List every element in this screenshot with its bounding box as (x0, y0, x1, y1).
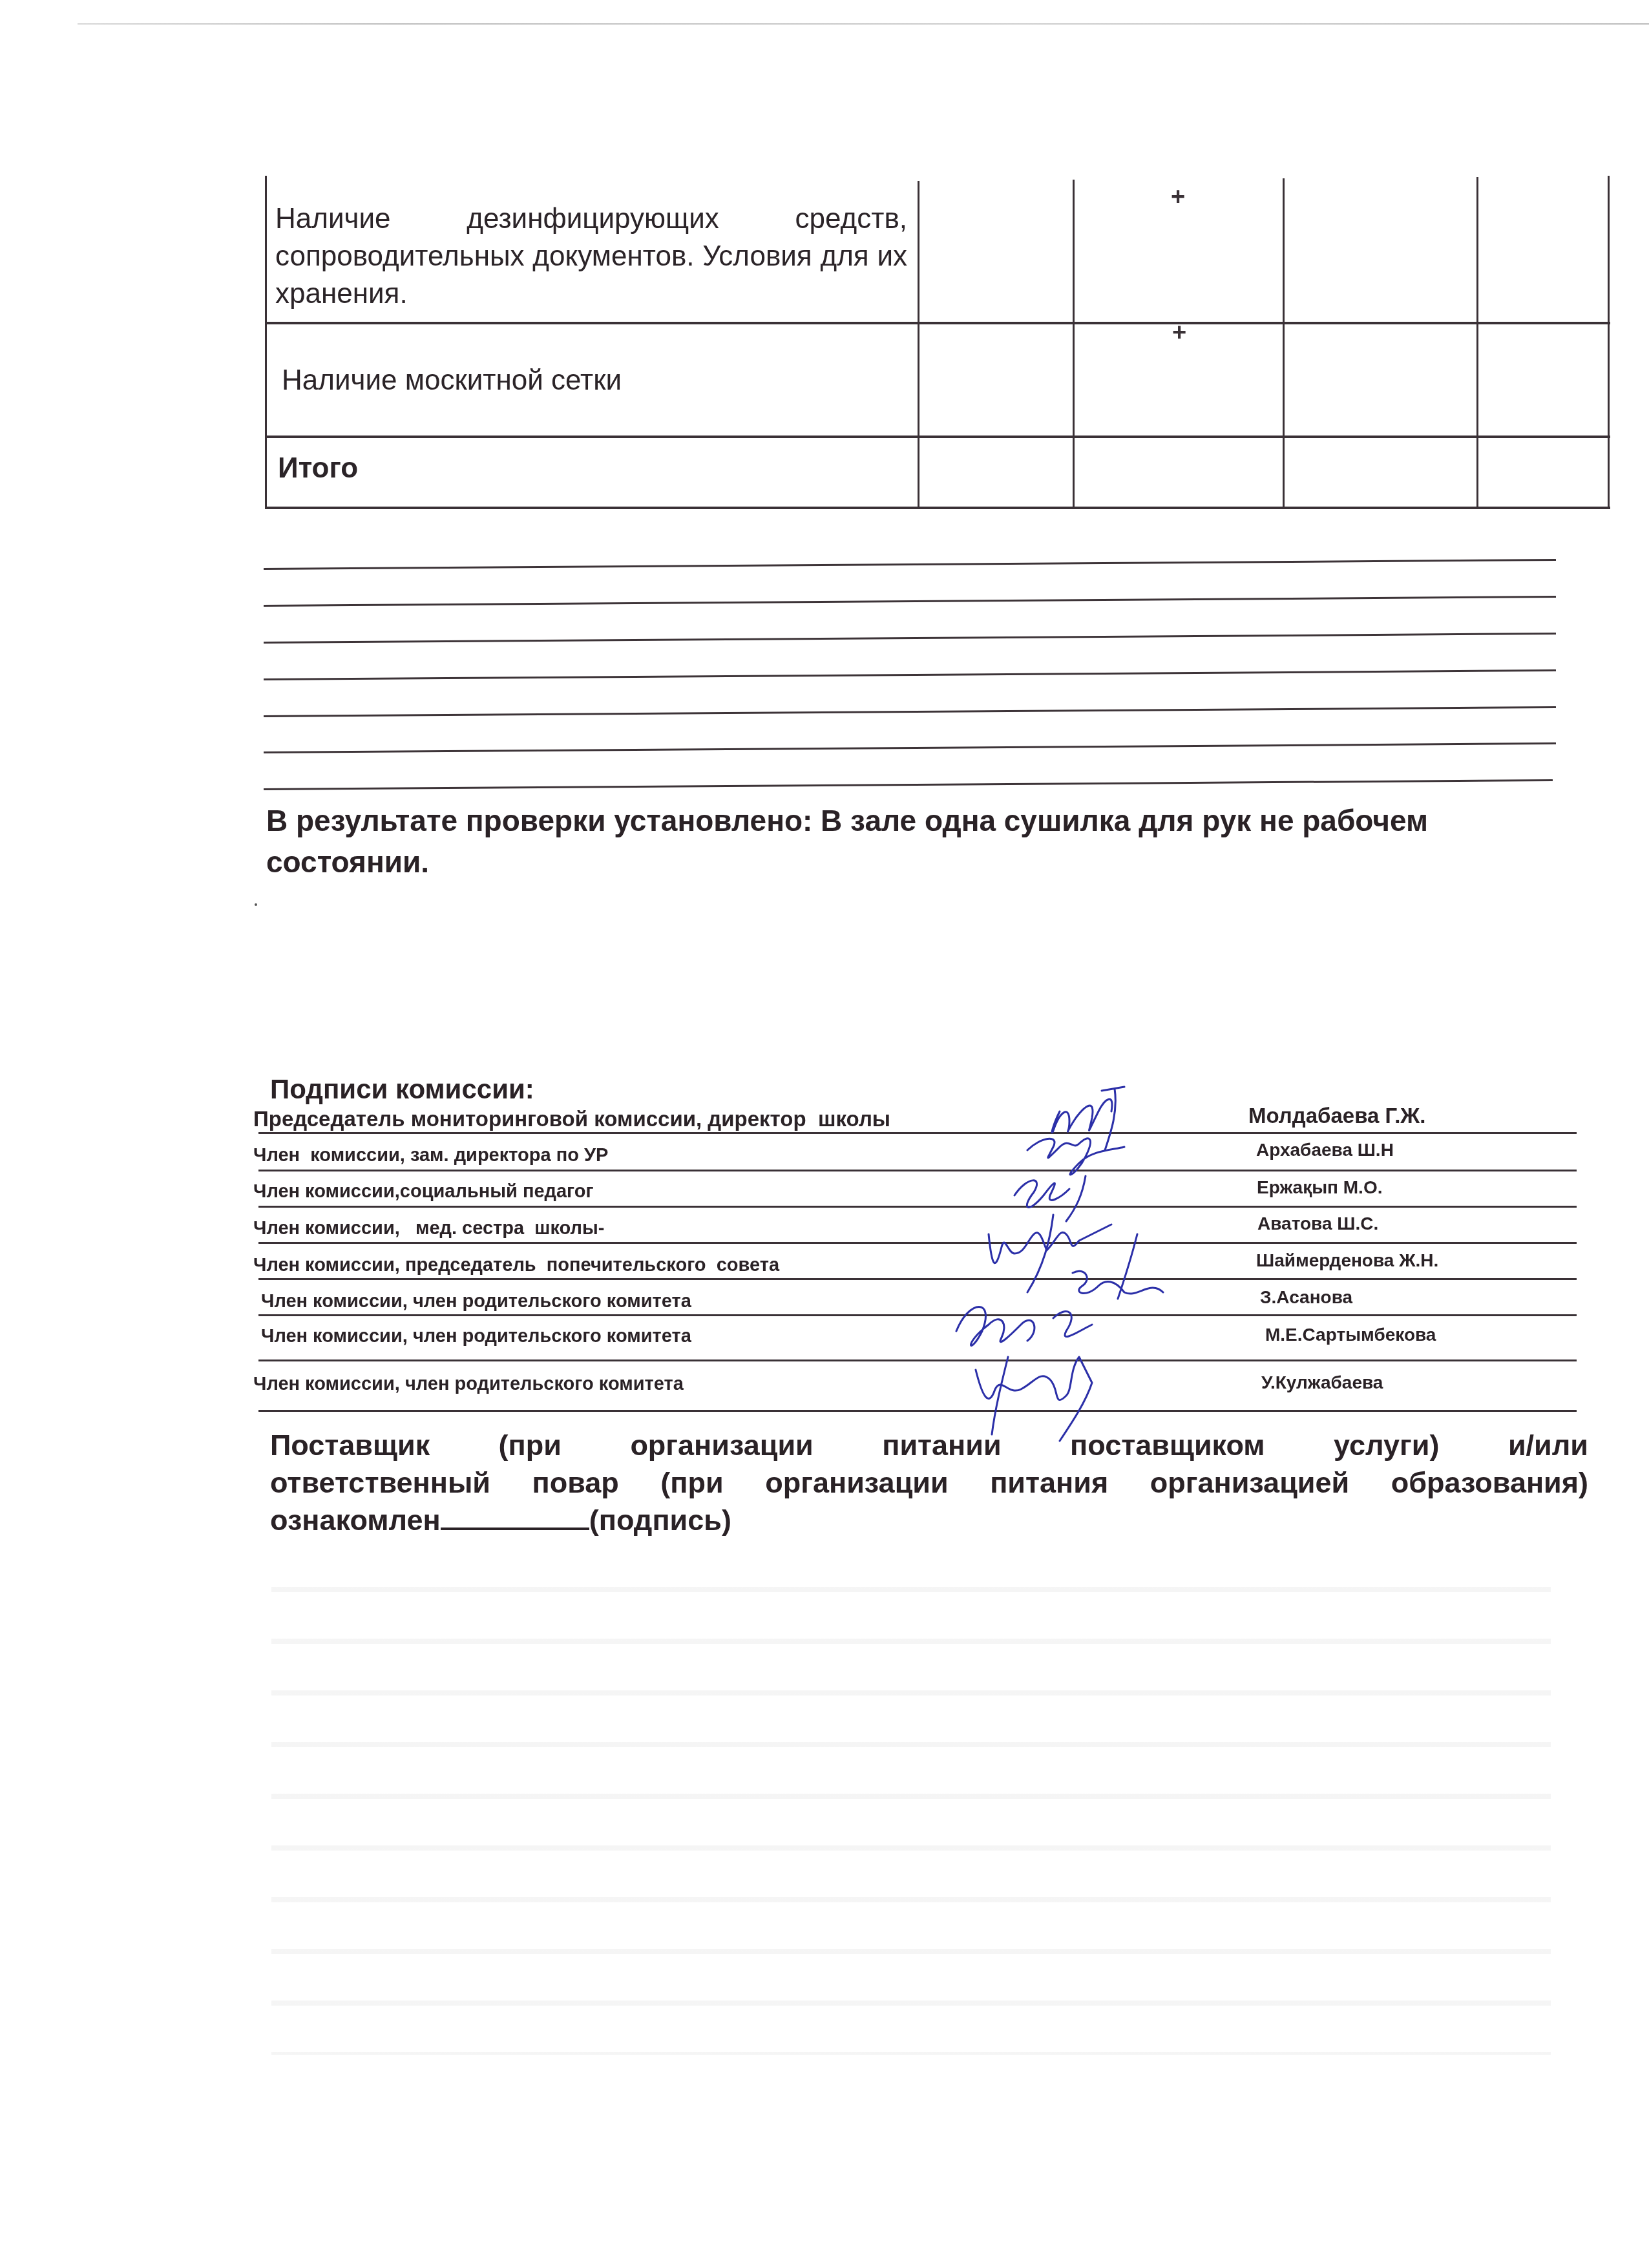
signature-name: Ержақып М.О. (1257, 1177, 1382, 1198)
table-col-divider (1476, 177, 1478, 509)
table-col-divider (918, 181, 919, 509)
table-col-divider (1073, 180, 1075, 509)
ruled-line (264, 706, 1556, 717)
signature-name: У.Кулжабаева (1261, 1372, 1383, 1393)
ruled-line (264, 742, 1556, 753)
table-col-divider (1283, 178, 1285, 509)
signature-role: Член комиссии, член родительского комите… (253, 1374, 684, 1395)
supplier-line: ответственный повар (при организации пит… (270, 1464, 1588, 1502)
table-row-divider (265, 436, 1610, 438)
table-border-bottom (265, 507, 1610, 509)
table-cell-mark: + (1171, 184, 1185, 211)
signature-name: Аватова Ш.С. (1257, 1213, 1378, 1234)
signature-line (258, 1360, 1577, 1361)
bleed-through-texture (271, 1564, 1551, 2055)
signature-name: Архабаева Ш.Н (1256, 1140, 1394, 1160)
inspection-result: В результате проверки установлено: В зал… (266, 800, 1559, 883)
signature-role: Член комиссии,социальный педагог (253, 1181, 594, 1202)
signature-role: Председатель мониторинговой комиссии, ди… (253, 1107, 890, 1131)
stray-dot (255, 903, 257, 906)
signature-line (258, 1206, 1577, 1208)
signature-role: Член комиссии, член родительского комите… (261, 1326, 691, 1347)
signature-name: Шаймерденова Ж.Н. (1256, 1250, 1438, 1271)
signature-line (258, 1242, 1577, 1244)
ruled-line (264, 669, 1556, 680)
table-border-right (1608, 176, 1610, 509)
table-border-left (265, 176, 267, 509)
signature-line (258, 1314, 1577, 1316)
signature-name: Молдабаева Г.Ж. (1248, 1104, 1425, 1128)
acknowledged-label: ознакомлен (270, 1504, 441, 1537)
signature-line (258, 1170, 1577, 1171)
inspection-table: Наличие дезинфицирующих средств, сопрово… (265, 176, 1610, 509)
supplier-acknowledgement: Поставщик (при организации питании поста… (270, 1427, 1588, 1539)
ruled-line (264, 559, 1556, 570)
signature-role: Член комиссии, член родительского комите… (261, 1291, 691, 1312)
supplier-line: ознакомлен(подпись) (270, 1502, 1588, 1539)
table-row-label-total: Итого (278, 450, 358, 487)
signature-hint: (подпись) (589, 1504, 731, 1537)
table-cell-mark: + (1172, 319, 1186, 347)
handwritten-signatures-icon (930, 1086, 1202, 1447)
signature-blank (441, 1502, 589, 1530)
signature-name: З.Асанова (1260, 1287, 1352, 1308)
ruled-line (264, 596, 1556, 607)
signature-role: Член комиссии, мед. сестра школы- (253, 1218, 604, 1239)
ruled-line (264, 633, 1556, 644)
scan-edge (78, 23, 1649, 25)
signature-role: Член комиссии, зам. директора по УР (253, 1145, 608, 1166)
ruled-line (264, 779, 1553, 790)
signature-line (258, 1132, 1577, 1134)
table-row-label: Наличие москитной сетки (282, 362, 622, 399)
signature-line (258, 1278, 1577, 1280)
signatures-title: Подписи комиссии: (270, 1074, 534, 1105)
signature-role: Член комиссии, председатель попечительск… (253, 1255, 779, 1276)
signature-line (258, 1410, 1577, 1412)
table-row-label: Наличие дезинфицирующих средств, сопрово… (275, 200, 907, 313)
table-row-divider (265, 322, 1610, 324)
supplier-line: Поставщик (при организации питании поста… (270, 1427, 1588, 1464)
signature-name: М.Е.Сартымбекова (1265, 1325, 1436, 1345)
